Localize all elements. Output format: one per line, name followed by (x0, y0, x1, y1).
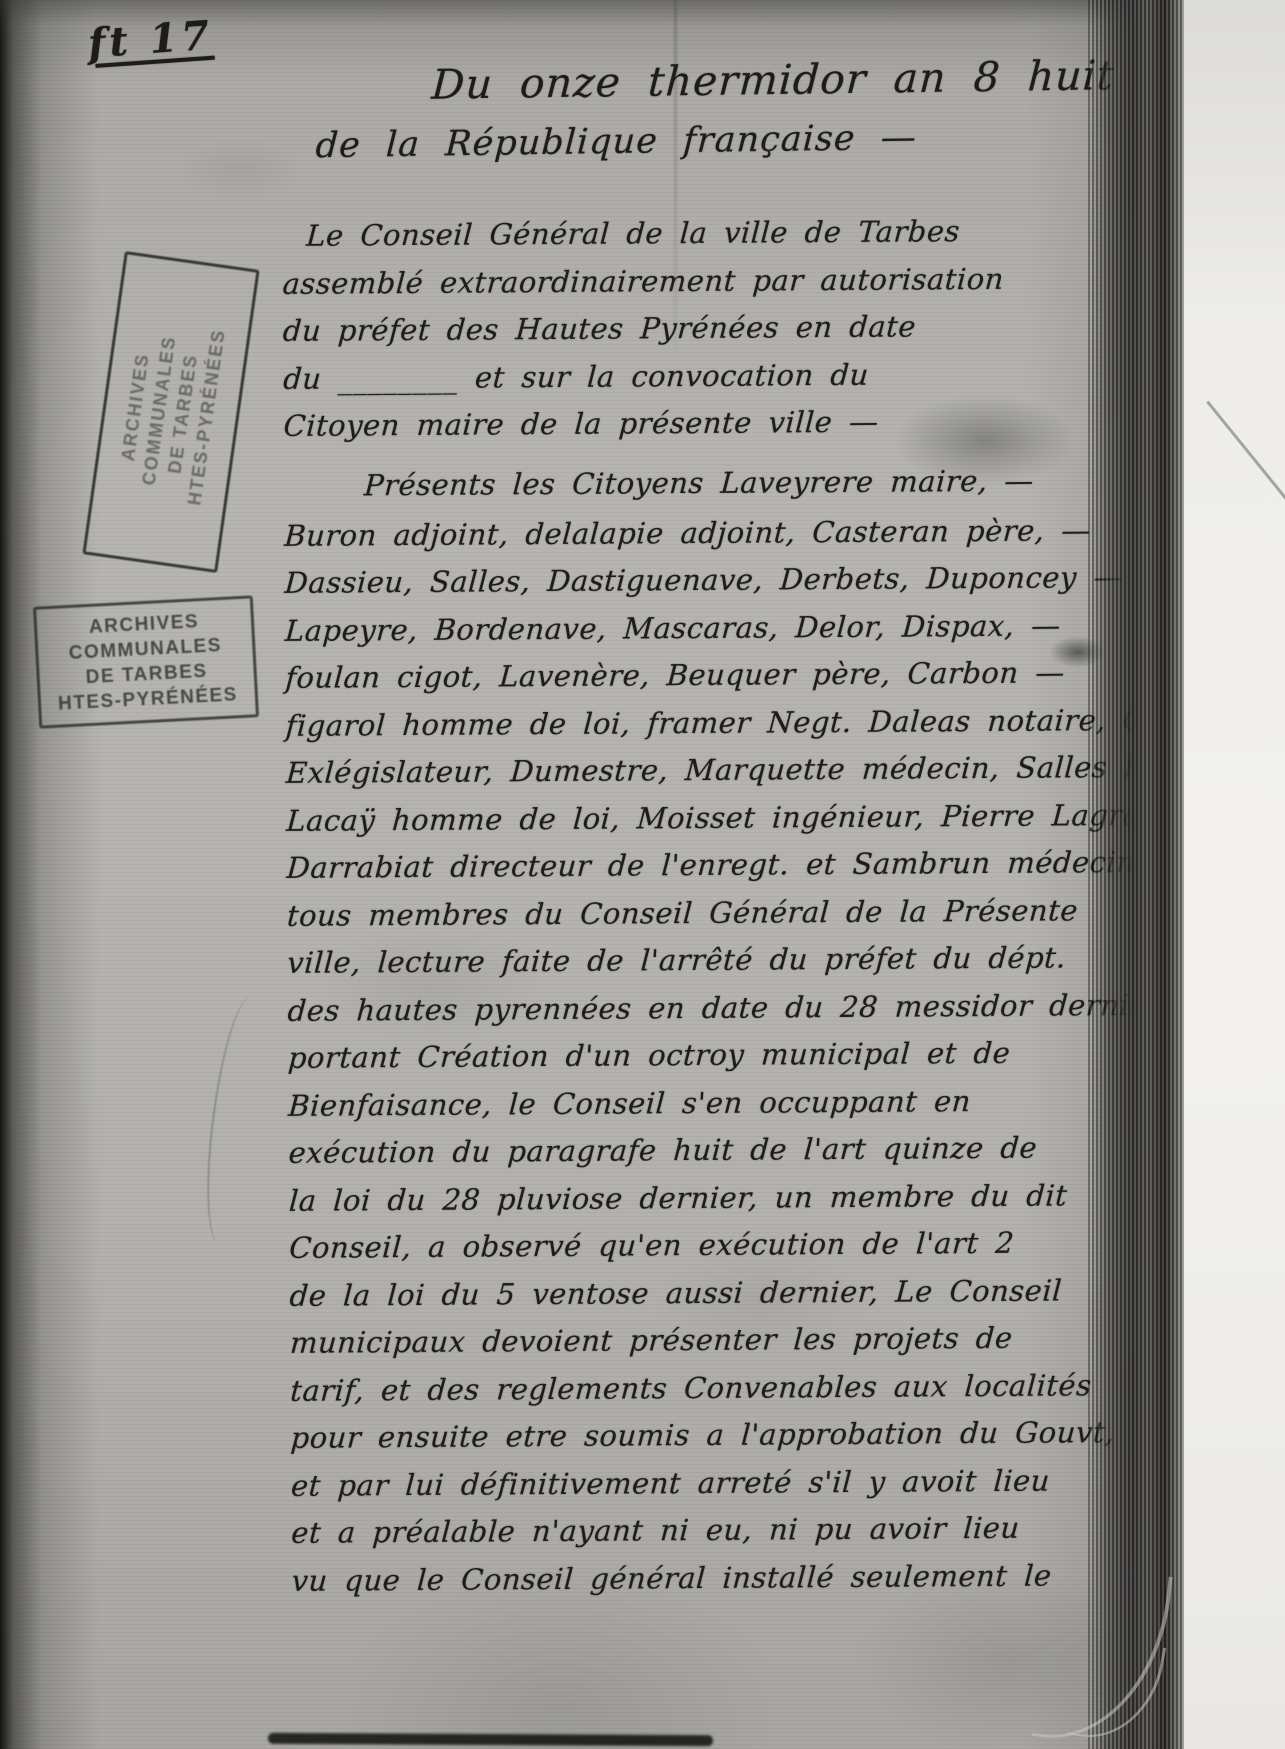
folio-number: ft 17 (87, 12, 215, 68)
heading-republic-line: de la République française — (315, 118, 918, 166)
manuscript-line: Présents les Citoyens Laveyrere maire, — (362, 457, 1105, 512)
manuscript-line: tous membres du Conseil Général de la Pr… (286, 887, 1109, 940)
manuscript-line: foulan cigot, Lavenère, Beuquer père, Ca… (284, 649, 1107, 702)
manuscript-line: du préfet des Hautes Pyrénées en date (281, 302, 1104, 355)
manuscript-line: assemblé extraordinairement par autorisa… (281, 255, 1104, 308)
manuscript-line: municipaux devoient présenter les projet… (289, 1314, 1112, 1367)
manuscript-line: vu que le Conseil général installé seule… (290, 1552, 1113, 1605)
manuscript-line: Lapeyre, Bordenave, Mascaras, Delor, Dis… (284, 602, 1107, 655)
scanned-manuscript-page: ft 17 Du onze thermidor an 8 huit de la … (0, 0, 1285, 1749)
manuscript-line: du ________ et sur la convocation du (282, 350, 1105, 403)
manuscript-line: Le Conseil Général de la ville de Tarbes (305, 207, 1104, 260)
manuscript-line: de la loi du 5 ventose aussi dernier, Le… (288, 1267, 1111, 1320)
manuscript-line: Dassieu, Salles, Dastiguenave, Derbets, … (283, 554, 1106, 607)
margin-pencil-mark (199, 993, 273, 1247)
stamp-text-line: HTES-PYRÉNÉES (57, 682, 238, 716)
manuscript-line: et a préalable n'ayant ni eu, ni pu avoi… (290, 1504, 1113, 1557)
manuscript-line: portant Création d'un octroy municipal e… (287, 1029, 1110, 1082)
manuscript-line: Conseil, a observé qu'en exécution de l'… (288, 1219, 1111, 1272)
manuscript-line: Darrabiat directeur de l'enregt. et Samb… (285, 839, 1108, 892)
manuscript-line: Bienfaisance, le Conseil s'en occuppant … (287, 1077, 1110, 1130)
manuscript-line: exécution du paragrafe huit de l'art qui… (287, 1124, 1110, 1177)
manuscript-line: figarol homme de loi, framer Negt. Dalea… (284, 697, 1107, 750)
manuscript-line: la loi du 28 pluviose dernier, un membre… (288, 1172, 1111, 1225)
table-backdrop (1184, 0, 1285, 1749)
manuscript-line: Citoyen maire de la présente ville — (282, 397, 1105, 450)
archive-stamp-horizontal: ARCHIVES COMMUNALES DE TARBES HTES-PYRÉN… (33, 595, 259, 728)
archive-stamp-vertical: ARCHIVES COMMUNALES DE TARBES HTES-PYRÉN… (82, 251, 259, 573)
bottom-ink-streak (268, 1733, 713, 1746)
manuscript-line: des hautes pyrennées en date du 28 messi… (286, 982, 1109, 1035)
manuscript-line: tarif, et des reglements Convenables aux… (289, 1362, 1112, 1415)
heading-date-line: Du onze thermidor an 8 huit (430, 51, 1115, 109)
manuscript-line: Buron adjoint, delalapie adjoint, Caster… (283, 507, 1106, 560)
manuscript-line: ville, lecture faite de l'arrêté du préf… (286, 934, 1109, 987)
book-fore-edge (1088, 0, 1184, 1749)
manuscript-line: pour ensuite etre soumis a l'approbation… (289, 1409, 1112, 1462)
manuscript-line: Exlégislateur, Dumestre, Marquette médec… (285, 744, 1108, 797)
manuscript-line: et par lui définitivement arreté s'il y … (290, 1457, 1113, 1510)
manuscript-line: Lacaÿ homme de loi, Moisset ingénieur, P… (285, 792, 1108, 845)
manuscript-body: Le Conseil Général de la ville de Tarbes… (282, 207, 1112, 1605)
backdrop-edge-line (1206, 401, 1285, 543)
